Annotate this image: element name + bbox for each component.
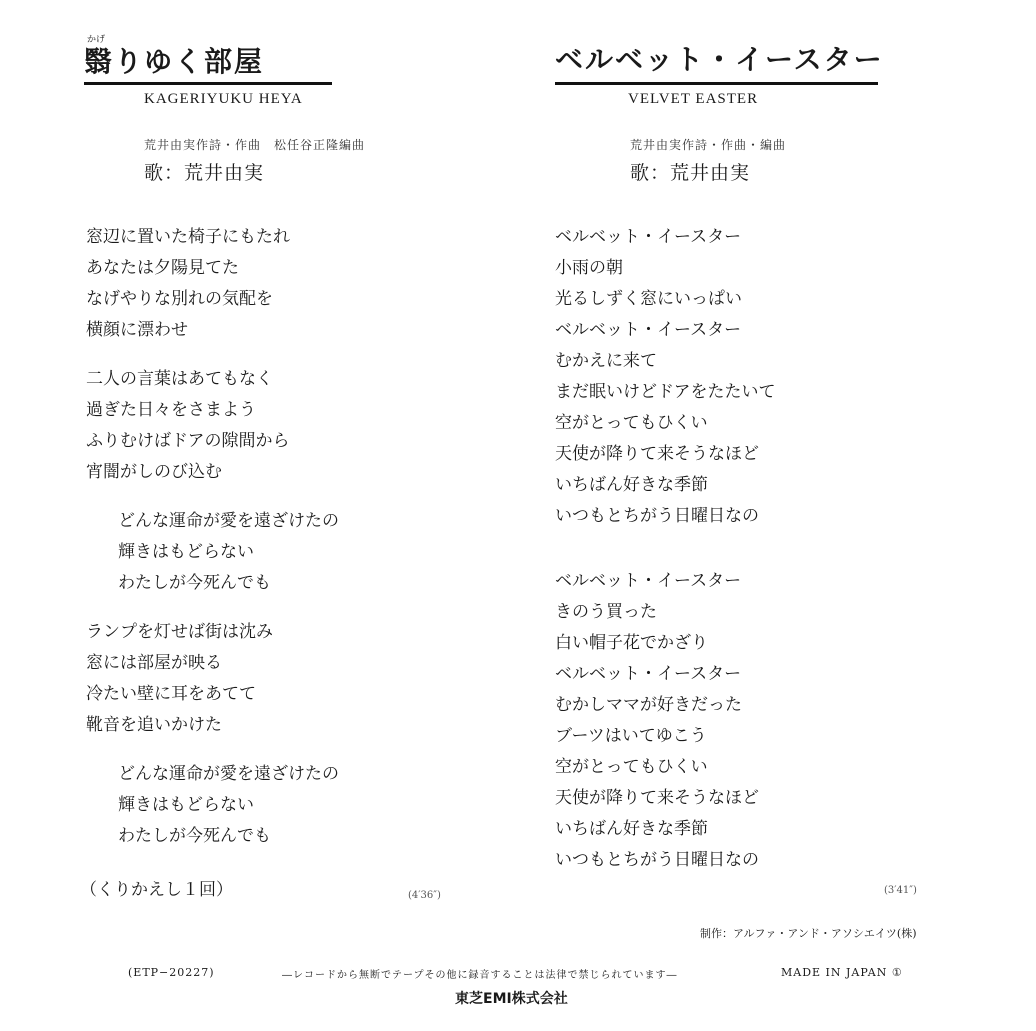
lyric-line: ふりむけばドアの隙間から	[86, 426, 339, 457]
stanza: ベルベット・イースター きのう買った 白い帽子花でかざり ベルベット・イースター…	[555, 566, 776, 876]
lyric-line: むかえに来て	[555, 346, 776, 377]
lyric-line: 靴音を追いかけた	[86, 710, 339, 741]
lyrics-left: 窓辺に置いた椅子にもたれ あなたは夕陽見てた なげやりな別れの気配を 横顔に漂わ…	[86, 222, 339, 852]
lyric-line: ベルベット・イースター	[555, 566, 776, 597]
lyric-line: どんな運命が愛を遠ざけたの	[118, 759, 339, 790]
lyric-line: 二人の言葉はあてもなく	[86, 364, 339, 395]
lyrics-right: ベルベット・イースター 小雨の朝 光るしずく窓にいっぱい ベルベット・イースター…	[555, 222, 776, 876]
lyric-line: どんな運命が愛を遠ざけたの	[118, 506, 339, 537]
lyric-line: なげやりな別れの気配を	[86, 284, 339, 315]
lyric-line: いちばん好きな季節	[555, 814, 776, 845]
copyright-notice: ―レコードから無断でテープその他に録音することは法律で禁じられています―	[282, 966, 678, 981]
lyric-line: 横顔に漂わせ	[86, 315, 339, 346]
lyric-line: 窓には部屋が映る	[86, 648, 339, 679]
lyric-line: 窓辺に置いた椅子にもたれ	[86, 222, 339, 253]
lyric-line: 輝きはもどらない	[118, 790, 339, 821]
lyric-line: 冷たい壁に耳をあてて	[86, 679, 339, 710]
stanza: ランプを灯せば街は沈み 窓には部屋が映る 冷たい壁に耳をあてて 靴音を追いかけた	[86, 617, 339, 741]
lyric-line: あなたは夕陽見てた	[86, 253, 339, 284]
lyric-line: いつもとちがう日曜日なの	[555, 845, 776, 876]
lyric-line: きのう買った	[555, 597, 776, 628]
lyric-line: 小雨の朝	[555, 253, 776, 284]
duration-left: (4′36″)	[408, 890, 441, 901]
lyric-line: 過ぎた日々をさまよう	[86, 395, 339, 426]
stanza: ベルベット・イースター 小雨の朝 光るしずく窓にいっぱい ベルベット・イースター…	[555, 222, 776, 532]
repeat-note: （くりかえし１回）	[80, 875, 233, 906]
catalog-number: (ETP−20227)	[128, 966, 215, 979]
record-label: 東芝EMI株式会社	[455, 988, 568, 1008]
lyric-line: 光るしずく窓にいっぱい	[555, 284, 776, 315]
duration-right: (3′41″)	[884, 885, 917, 896]
credits-right: 荒井由実作詩・作曲・編曲	[630, 136, 786, 153]
lyric-line: ベルベット・イースター	[555, 222, 776, 253]
chorus-stanza: どんな運命が愛を遠ざけたの 輝きはもどらない わたしが今死んでも	[86, 506, 339, 599]
title-underline-left	[84, 82, 332, 85]
song-title-left: 翳りゆく部屋	[84, 48, 264, 76]
lyric-line: 天使が降りて来そうなほど	[555, 783, 776, 814]
lyric-line: わたしが今死んでも	[118, 821, 339, 852]
singer-left: 歌：荒井由実	[144, 158, 264, 185]
production-credit: 制作：アルファ・アンド・アソシエイツ(株)	[700, 925, 916, 941]
stanza: 窓辺に置いた椅子にもたれ あなたは夕陽見てた なげやりな別れの気配を 横顔に漂わ…	[86, 222, 339, 346]
lyric-line: ベルベット・イースター	[555, 315, 776, 346]
lyric-line: まだ眠いけどドアをたたいて	[555, 377, 776, 408]
lyric-line: 宵闇がしのび込む	[86, 457, 339, 488]
lyric-line: いちばん好きな季節	[555, 470, 776, 501]
chorus-stanza: どんな運命が愛を遠ざけたの 輝きはもどらない わたしが今死んでも	[86, 759, 339, 852]
lyric-line: ベルベット・イースター	[555, 659, 776, 690]
romaji-title-right: VELVET EASTER	[628, 91, 758, 108]
romaji-title-left: KAGERIYUKU HEYA	[144, 91, 303, 108]
lyric-line: ブーツはいてゆこう	[555, 721, 776, 752]
lyric-line: 空がとってもひくい	[555, 408, 776, 439]
lyric-line: わたしが今死んでも	[118, 568, 339, 599]
lyric-line: 天使が降りて来そうなほど	[555, 439, 776, 470]
lyric-line: 白い帽子花でかざり	[555, 628, 776, 659]
lyric-line: 輝きはもどらない	[118, 537, 339, 568]
lyric-line: むかしママが好きだった	[555, 690, 776, 721]
song-title-right: ベルベット・イースター	[555, 46, 884, 74]
credits-left: 荒井由実作詩・作曲 松任谷正隆編曲	[144, 136, 365, 153]
lyric-line: いつもとちがう日曜日なの	[555, 501, 776, 532]
stanza: 二人の言葉はあてもなく 過ぎた日々をさまよう ふりむけばドアの隙間から 宵闇がし…	[86, 364, 339, 488]
lyric-line: 空がとってもひくい	[555, 752, 776, 783]
lyric-line: ランプを灯せば街は沈み	[86, 617, 339, 648]
title-ruby: かげ	[87, 36, 105, 45]
title-underline-right	[555, 82, 878, 85]
singer-right: 歌：荒井由実	[630, 158, 750, 185]
made-in-japan: MADE IN JAPAN ①	[781, 966, 903, 979]
